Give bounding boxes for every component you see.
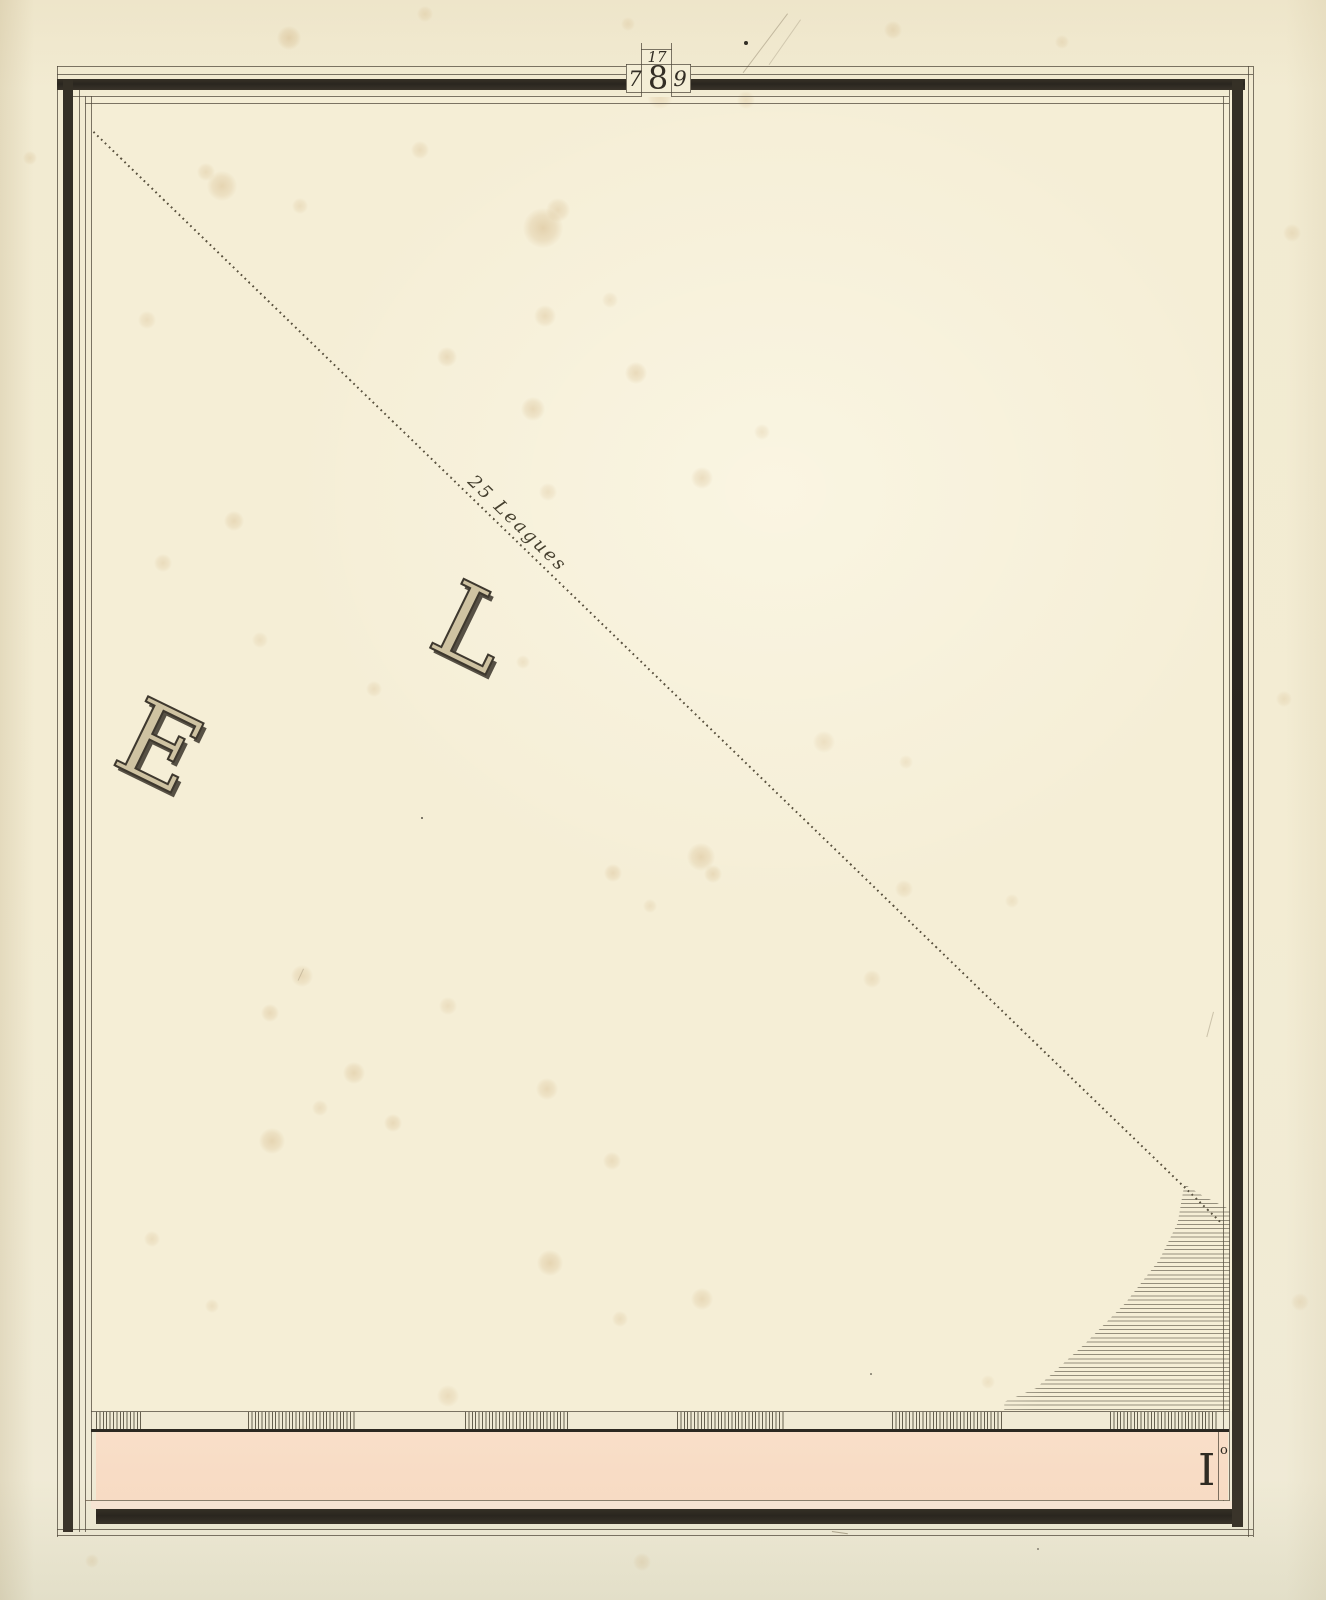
scale-hatched-segment bbox=[1110, 1412, 1218, 1429]
longitude-scale-band: 4530.15 bbox=[0, 0, 1326, 1600]
scale-hatched-segment bbox=[248, 1412, 355, 1429]
antique-chart-sheet: 17 8 7 9 25 Leagues E L 4530.15 I o bbox=[0, 0, 1326, 1600]
degree-label-symbol: o bbox=[1220, 1443, 1228, 1458]
degree-label-numeral: I bbox=[1198, 1449, 1215, 1493]
tinted-margin-strip bbox=[96, 1432, 1228, 1500]
degree-boundary-line bbox=[1218, 1432, 1219, 1500]
scale-hatched-segment bbox=[96, 1412, 142, 1429]
tinted-margin-strip-lower bbox=[91, 1501, 1232, 1509]
scale-hatched-segment bbox=[892, 1412, 1002, 1429]
scale-hatched-segment bbox=[465, 1412, 568, 1429]
scale-hatched-segment bbox=[677, 1412, 784, 1429]
